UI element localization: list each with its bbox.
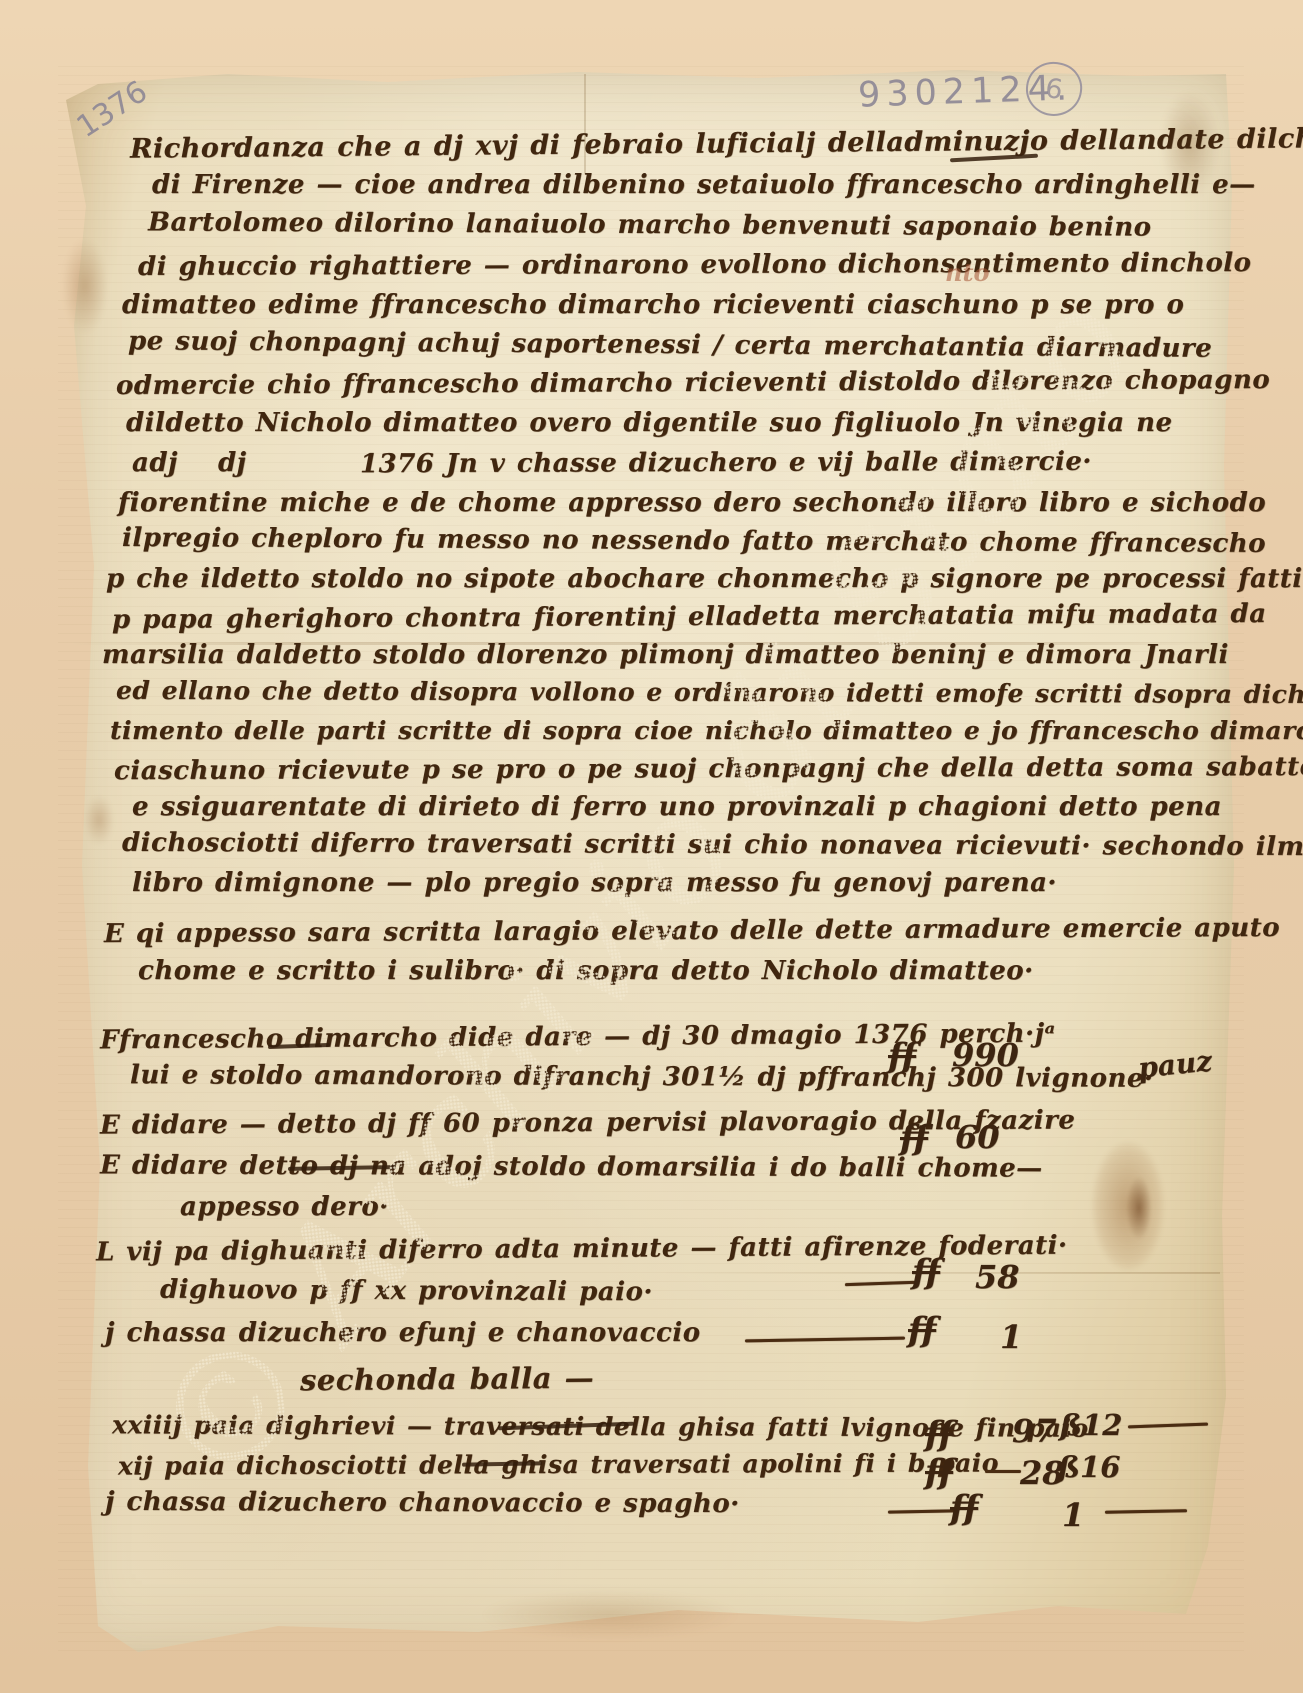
date-line-part: 1376 Jn v chasse dizuchero e vij balle d… [360,447,1092,480]
amount-value: 97 [1012,1412,1057,1450]
florin-symbol: ff [950,1488,978,1528]
shillings-value: ß16 [1058,1450,1120,1484]
manuscript-line: E qi appesso sara scritta laragio elevat… [104,913,1280,949]
scanned-manuscript-page: 1376 9302124. 6 Richordanza che a dj xvj… [0,0,1303,1693]
account-line: j chassa dizuchero efunj e chanovaccio [105,1318,701,1348]
manuscript-line: p che ildetto stoldo no sipote abochare … [106,564,1303,594]
florin-symbol: ff [912,1252,940,1292]
florin-symbol: ff [888,1036,916,1076]
amount-value: 60 [955,1118,1000,1156]
manuscript-line: di ghuccio righattiere — ordinarono evol… [138,248,1252,282]
manuscript-line: fiorentine miche e de chome appresso der… [118,488,1266,518]
account-line: appesso dero· [180,1192,389,1222]
manuscript-line: Bartolomeo dilorino lanaiuolo marcho ben… [148,207,1152,242]
shillings-value: ß12 [1060,1408,1122,1442]
amount-value: 1 [1062,1496,1084,1534]
manuscript-line: ilpregio cheploro fu messo no nessendo f… [122,523,1266,559]
manuscript-line: odmercie chio ffrancescho dimarcho ricie… [116,365,1270,401]
manuscript-line: e ssiguarentate di dirieto di ferro uno … [132,792,1222,822]
amount-value: 1 [1000,1318,1022,1356]
florin-symbol: ff [900,1118,928,1158]
date-line-part: dj [218,448,247,478]
manuscript-line: p papa gherighoro chontra fiorentinj ell… [112,599,1267,635]
account-line: E didare — detto dj ff 60 pronza pervisi… [100,1105,1076,1140]
balla-heading: sechonda balla — [300,1361,594,1398]
date-line-part: adj [132,448,178,478]
florin-symbol: ff [908,1310,936,1350]
pencil-folio-number: 6 [1043,72,1064,105]
manuscript-line: libro dimignone — plo pregio sopra messo… [132,868,1057,898]
account-line: dighuovo p ff xx provinzali paio· [160,1275,653,1308]
manuscript-line: dichosciotti diferro traversati scritti … [122,828,1303,862]
manuscript-line: di Firenze — cioe andrea dilbenino setai… [152,170,1256,200]
manuscript-line: timento delle parti scritte di sopra cio… [110,716,1303,745]
manuscript-line: dimatteo edime ffrancescho dimarcho rici… [122,290,1184,320]
faded-ink-fragment: nto [945,258,990,287]
item-line: j chassa dizuchero chanovaccio e spagho· [105,1487,740,1519]
florin-symbol: ff [925,1452,953,1492]
manuscript-line: ciaschuno ricievute p se pro o pe suoj c… [114,752,1303,786]
amount-value: 58 [975,1258,1020,1296]
manuscript-line: ed ellano che detto disopra vollono e or… [116,676,1303,709]
manuscript-line: chome e scritto i sulibro· di sopra dett… [138,956,1034,986]
florin-symbol: ff [925,1414,953,1454]
manuscript-line: marsilia daldetto stoldo dlorenzo plimon… [102,640,1229,670]
amount-value: 990 [952,1036,1019,1074]
manuscript-line: dildetto Nicholo dimatteo overo digentil… [126,408,1173,438]
ink-dash [985,1470,1021,1473]
item-line: xij paia dichosciotti della ghisa traver… [118,1448,999,1480]
